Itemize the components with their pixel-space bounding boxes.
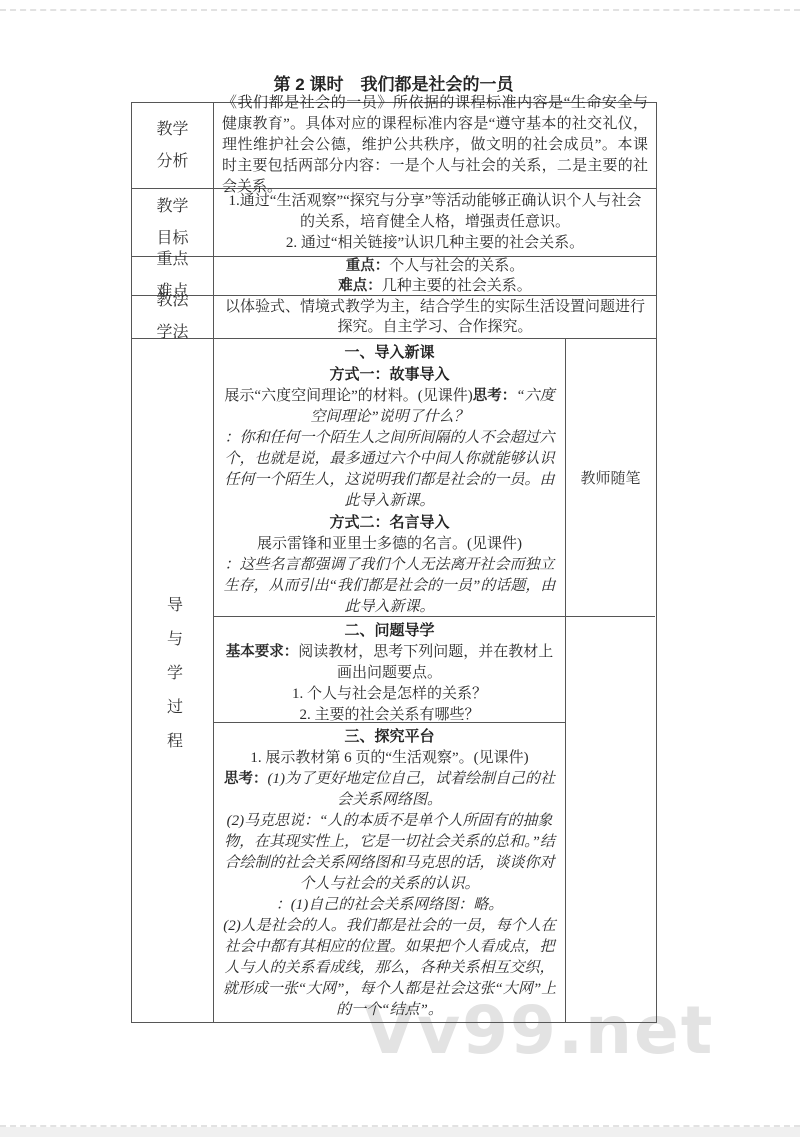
table-row-keypoints: 重点难点 重点：个人与社会的关系。难点：几种主要的社会关系。 <box>132 257 656 296</box>
paragraph: 方式一：故事导入 <box>219 364 560 386</box>
methods-content: 以体验式、情境式教学为主，结合学生的实际生活设置问题进行探究。自主学习、合作探究… <box>214 296 656 338</box>
text-segment: 展示“六度空间理论”的材料。(见课件) <box>224 388 472 404</box>
table-row-methods: 教法学法 以体验式、情境式教学为主，结合学生的实际生活设置问题进行探究。自主学习… <box>132 296 656 339</box>
paragraph: 展示“六度空间理论”的材料。(见课件)思考：“六度空间理论”说明了什么？ <box>219 386 560 428</box>
text-segment: 1. 展示教材第 6 页的“生活观察”。(见课件) <box>250 750 528 766</box>
text-segment: 1. 个人与社会是怎样的关系？ <box>292 686 487 702</box>
text-segment: 以体验式、情境式教学为主，结合学生的实际生活设置问题进行探究。自主学习、合作探究… <box>225 299 645 335</box>
paragraph: 《我们都是社会的一员》所依据的课程标准内容是“生命安全与健康教育”。具体对应的课… <box>222 93 648 198</box>
text-segment: 阅读教材，思考下列问题，并在教材上画出问题要点。 <box>298 644 553 681</box>
teacher-notes-column: 教师随笔 <box>566 339 655 1023</box>
text-segment: 思考： <box>473 388 517 404</box>
table-row-objectives: 教学目标 1.通过“生活观察”“探究与分享”等活动能够正确认识个人与社会的关系，… <box>132 189 656 257</box>
text-segment: 重点： <box>346 258 390 274</box>
paragraph: 以体验式、情境式教学为主，结合学生的实际生活设置问题进行探究。自主学习、合作探究… <box>222 297 648 337</box>
process-sections: 一、导入新课方式一：故事导入展示“六度空间理论”的材料。(见课件)思考：“六度空… <box>214 339 566 1023</box>
text-segment: 《我们都是社会的一员》所依据的课程标准内容是“生命安全与健康教育”。具体对应的课… <box>222 95 648 195</box>
text-segment: (1)为了更好地定位自己，试着绘制自己的社会关系网络图。 <box>268 771 556 808</box>
paragraph: 1. 个人与社会是怎样的关系？ <box>219 684 560 705</box>
page-edge-strip <box>0 1127 800 1137</box>
text-segment: 方式二：名言导入 <box>329 514 449 531</box>
teacher-notes-cell: 教师随笔 <box>566 339 655 617</box>
objectives-content: 1.通过“生活观察”“探究与分享”等活动能够正确认识个人与社会的关系，培育健全人… <box>214 189 656 256</box>
paragraph: 展示雷锋和亚里士多德的名言。(见课件) <box>219 534 560 555</box>
paragraph: 2. 通过“相关链接”认识几种主要的社会关系。 <box>222 233 648 254</box>
analysis-content: 《我们都是社会的一员》所依据的课程标准内容是“生命安全与健康教育”。具体对应的课… <box>214 103 656 188</box>
paragraph: (2)人是社会的人。我们都是社会的一员，每个人在社会中都有其相应的位置。如果把个… <box>219 916 560 1021</box>
text-segment: 个人与社会的关系。 <box>389 258 524 274</box>
page-break-line-top <box>0 9 800 11</box>
paragraph: 难点：几种主要的社会关系。 <box>222 276 648 296</box>
paragraph: 方式二：名言导入 <box>219 512 560 534</box>
text-segment: (2)人是社会的人。我们都是社会的一员，每个人在社会中都有其相应的位置。如果把个… <box>223 918 556 1018</box>
text-segment: 方式一：故事导入 <box>329 366 449 383</box>
table-row-process: 导与学过程 一、导入新课方式一：故事导入展示“六度空间理论”的材料。(见课件)思… <box>132 339 656 1023</box>
paragraph: 一、导入新课 <box>219 342 560 364</box>
text-segment: 2. 通过“相关链接”认识几种主要的社会关系。 <box>286 235 584 251</box>
paragraph: ：你和任何一个陌生人之间所间隔的人不会超过六个，也就是说，最多通过六个中间人你就… <box>219 428 560 512</box>
text-segment: ：(1)自己的社会关系网络图：略。 <box>276 897 504 913</box>
row-label-process: 导与学过程 <box>132 339 214 1023</box>
text-segment: (2)马克思说：“人的本质不是单个人所固有的抽象物，在其现实性上，它是一切社会关… <box>224 813 555 892</box>
teacher-notes-empty-cell <box>566 617 655 1023</box>
section-inquiry-platform: 三、探究平台1. 展示教材第 6 页的“生活观察”。(见课件)思考：(1)为了更… <box>214 723 565 1023</box>
paragraph: 二、问题导学 <box>219 620 560 642</box>
section-guided-questions: 二、问题导学基本要求：阅读教材，思考下列问题，并在教材上画出问题要点。1. 个人… <box>214 617 565 723</box>
text-segment: 二、问题导学 <box>344 622 434 639</box>
teacher-notes-label: 教师随笔 <box>580 467 640 488</box>
row-label-text: 教学分析 <box>155 114 189 178</box>
paragraph: ：这些名言都强调了我们个人无法离开社会而独立生存，从而引出“我们都是社会的一员”… <box>219 555 560 618</box>
paragraph: 1. 展示教材第 6 页的“生活观察”。(见课件) <box>219 748 560 769</box>
row-label-methods: 教法学法 <box>132 296 214 338</box>
text-segment: 思考： <box>224 771 268 787</box>
row-label-text-vertical: 导与学过程 <box>165 596 181 766</box>
table-row-analysis: 教学分析 《我们都是社会的一员》所依据的课程标准内容是“生命安全与健康教育”。具… <box>132 103 656 189</box>
text-segment: ：这些名言都强调了我们个人无法离开社会而独立生存，从而引出“我们都是社会的一员”… <box>224 557 556 615</box>
text-segment: 2. 主要的社会关系有哪些？ <box>299 707 479 723</box>
paragraph: 1.通过“生活观察”“探究与分享”等活动能够正确认识个人与社会的关系，培育健全人… <box>222 191 648 233</box>
text-segment: 难点： <box>338 278 382 294</box>
text-segment: 基本要求： <box>226 644 299 660</box>
paragraph: 基本要求：阅读教材，思考下列问题，并在教材上画出问题要点。 <box>219 642 560 684</box>
paragraph: (2)马克思说：“人的本质不是单个人所固有的抽象物，在其现实性上，它是一切社会关… <box>219 811 560 895</box>
scanned-lesson-plan-page: { "colors":{"border":"#565656","text":"#… <box>0 0 800 1137</box>
text-segment: 展示雷锋和亚里士多德的名言。(见课件) <box>257 536 522 552</box>
text-segment: 几种主要的社会关系。 <box>382 278 532 294</box>
paragraph: 思考：(1)为了更好地定位自己，试着绘制自己的社会关系网络图。 <box>219 769 560 811</box>
text-segment: 一、导入新课 <box>344 344 434 361</box>
paragraph: ：(1)自己的社会关系网络图：略。 <box>219 895 560 916</box>
lesson-plan-table: 教学分析 《我们都是社会的一员》所依据的课程标准内容是“生命安全与健康教育”。具… <box>131 102 657 1023</box>
page-title: 第 2 课时 我们都是社会的一员 <box>131 70 656 95</box>
text-segment: ：你和任何一个陌生人之间所间隔的人不会超过六个，也就是说，最多通过六个中间人你就… <box>224 430 554 509</box>
text-segment: 1.通过“生活观察”“探究与分享”等活动能够正确认识个人与社会的关系，培育健全人… <box>229 193 642 230</box>
paragraph: 重点：个人与社会的关系。 <box>222 256 648 276</box>
row-label-analysis: 教学分析 <box>132 103 214 188</box>
paragraph: 三、探究平台 <box>219 726 560 748</box>
section-lead-in: 一、导入新课方式一：故事导入展示“六度空间理论”的材料。(见课件)思考：“六度空… <box>214 339 565 617</box>
text-segment: 三、探究平台 <box>344 728 434 745</box>
keypoints-content: 重点：个人与社会的关系。难点：几种主要的社会关系。 <box>214 257 656 295</box>
